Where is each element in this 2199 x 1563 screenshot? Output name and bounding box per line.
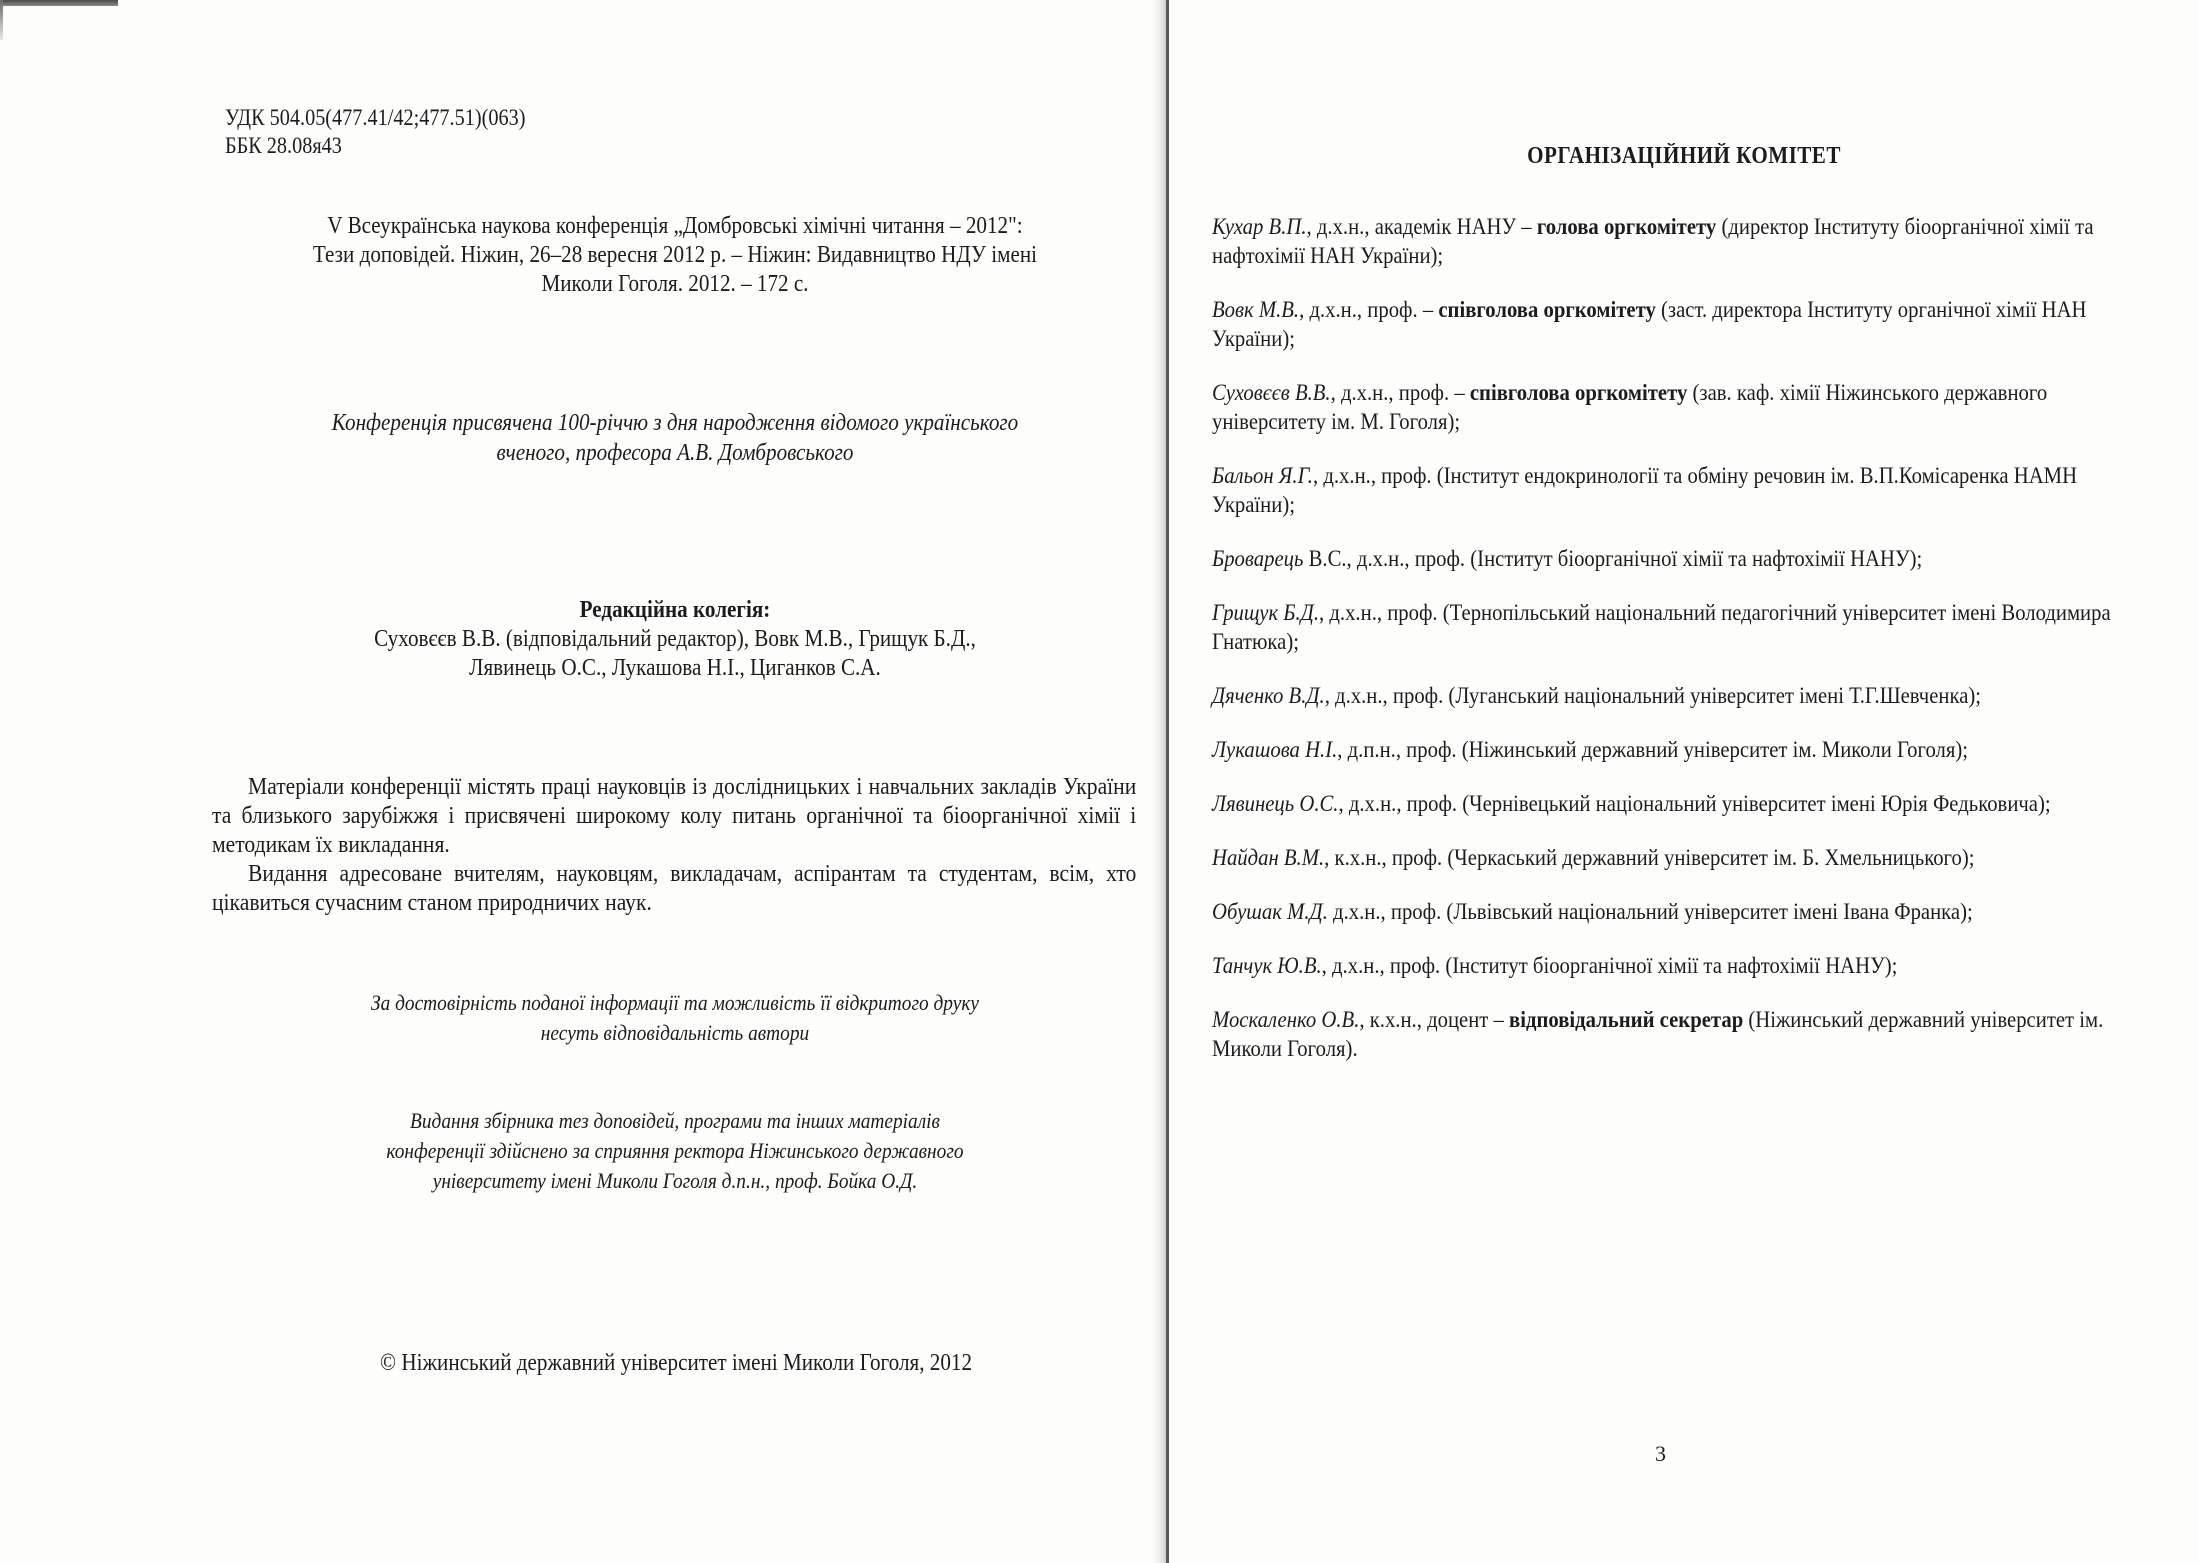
member-name: Дяченко В.Д. <box>1212 683 1325 708</box>
udk-code: УДК 504.05(477.41/42;477.51)(063) <box>225 104 525 132</box>
committee-title: ОРГАНІЗАЦІЙНИЙ КОМІТЕТ <box>1231 143 2137 170</box>
responsibility-line: несуть відповідальність автори <box>283 1018 1066 1048</box>
responsibility-note: За достовірність поданої інформації та м… <box>283 988 1066 1048</box>
sponsor-line: Видання збірника тез доповідей, програми… <box>283 1106 1066 1136</box>
classification-codes: УДК 504.05(477.41/42;477.51)(063) ББК 28… <box>225 104 525 160</box>
bbk-code: ББК 28.08я43 <box>225 132 525 160</box>
bibliographic-description: V Всеукраїнська наукова конференція „Дом… <box>266 212 1084 299</box>
member-name: Лукашова Н.І. <box>1212 737 1337 762</box>
editorial-board-line: Суховєєв В.В. (відповідальний редактор),… <box>266 625 1084 654</box>
sponsor-line: конференції здійснено за сприяння ректор… <box>283 1136 1066 1166</box>
book-gutter-shadow <box>1152 0 1166 1563</box>
biblio-line: V Всеукраїнська наукова конференція „Дом… <box>266 212 1084 241</box>
member-name: Лявинець О.С. <box>1212 791 1338 816</box>
copyright-notice: © Ніжинський державний університет імені… <box>380 1348 972 1378</box>
abstract: Матеріали конференції містять праці наук… <box>212 773 1136 918</box>
member-credentials: , к.х.н., проф. (Черкаський державний ун… <box>1324 845 1974 870</box>
member-credentials: , к.х.н., доцент – <box>1359 1007 1509 1032</box>
member-name: Кухар В.П. <box>1212 214 1307 239</box>
member-credentials: , д.х.н., проф. (Інститут ендокринології… <box>1212 463 2077 517</box>
member-credentials: , д.х.н., проф. (Тернопільський націонал… <box>1212 600 2111 654</box>
dedication: Конференція присвячена 100-річчю з дня н… <box>283 408 1066 468</box>
member-credentials: , д.п.н., проф. (Ніжинський державний ун… <box>1337 737 1968 762</box>
biblio-line: Миколи Гоголя. 2012. – 172 с. <box>266 270 1084 299</box>
member-credentials: , д.х.н., проф. (Інститут біоорганічної … <box>1322 953 1898 978</box>
member-credentials: , д.х.н., академік НАНУ – <box>1307 214 1537 239</box>
member-credentials: д.х.н., проф. (Львівський національний у… <box>1328 899 1973 924</box>
committee-member: Москаленко О.В., к.х.н., доцент – відпов… <box>1212 1005 2132 1063</box>
member-credentials: , д.х.н., проф. – <box>1331 380 1470 405</box>
member-role: голова оргкомітету <box>1537 214 1716 239</box>
committee-member: Танчук Ю.В., д.х.н., проф. (Інститут біо… <box>1212 951 2132 980</box>
member-name: Броварець <box>1212 546 1303 571</box>
committee-member: Найдан В.М., к.х.н., проф. (Черкаський д… <box>1212 843 2132 872</box>
committee-member: Кухар В.П., д.х.н., академік НАНУ – голо… <box>1212 212 2132 270</box>
member-role: відповідальний секретар <box>1509 1007 1743 1032</box>
sponsor-line: університету імені Миколи Гоголя д.п.н.,… <box>283 1166 1066 1196</box>
committee-member-list: Кухар В.П., д.х.н., академік НАНУ – голо… <box>1212 212 2132 1088</box>
member-credentials: , д.х.н., проф. (Чернівецький національн… <box>1338 791 2050 816</box>
committee-member: Обушак М.Д. д.х.н., проф. (Львівський на… <box>1212 897 2132 926</box>
committee-member: Грищук Б.Д., д.х.н., проф. (Тернопільськ… <box>1212 598 2132 656</box>
abstract-paragraph: Видання адресоване вчителям, науковцям, … <box>212 860 1136 918</box>
page-number: 3 <box>1655 1441 1666 1467</box>
member-credentials: В.С., д.х.н., проф. (Інститут біоорганіч… <box>1303 546 1922 571</box>
member-name: Вовк М.В. <box>1212 297 1299 322</box>
committee-member: Броварець В.С., д.х.н., проф. (Інститут … <box>1212 544 2132 573</box>
editorial-board-line: Лявинець О.С., Лукашова Н.І., Циганков С… <box>266 654 1084 683</box>
dedication-line: вченого, професора А.В. Домбровського <box>283 438 1066 468</box>
member-name: Грищук Б.Д. <box>1212 600 1319 625</box>
editorial-board-title: Редакційна колегія: <box>266 596 1084 625</box>
biblio-line: Тези доповідей. Ніжин, 26–28 вересня 201… <box>266 241 1084 270</box>
committee-member: Суховєєв В.В., д.х.н., проф. – співголов… <box>1212 378 2132 436</box>
committee-member: Дяченко В.Д., д.х.н., проф. (Луганський … <box>1212 681 2132 710</box>
member-name: Танчук Ю.В. <box>1212 953 1322 978</box>
member-name: Суховєєв В.В. <box>1212 380 1331 405</box>
committee-member: Вовк М.В., д.х.н., проф. – співголова ор… <box>1212 295 2132 353</box>
responsibility-line: За достовірність поданої інформації та м… <box>283 988 1066 1018</box>
committee-member: Лукашова Н.І., д.п.н., проф. (Ніжинський… <box>1212 735 2132 764</box>
member-role: співголова оргкомітету <box>1470 380 1687 405</box>
member-credentials: , д.х.н., проф. (Луганський національний… <box>1325 683 1981 708</box>
left-page: УДК 504.05(477.41/42;477.51)(063) ББК 28… <box>0 0 1166 1563</box>
sponsor-note: Видання збірника тез доповідей, програми… <box>283 1106 1066 1196</box>
member-name: Бальон Я.Г. <box>1212 463 1313 488</box>
dedication-line: Конференція присвячена 100-річчю з дня н… <box>283 408 1066 438</box>
abstract-paragraph: Матеріали конференції містять праці наук… <box>212 773 1136 860</box>
editorial-board: Редакційна колегія: Суховєєв В.В. (відпо… <box>266 596 1084 683</box>
member-name: Обушак М.Д. <box>1212 899 1328 924</box>
committee-member: Бальон Я.Г., д.х.н., проф. (Інститут енд… <box>1212 461 2132 519</box>
member-credentials: , д.х.н., проф. – <box>1299 297 1438 322</box>
committee-member: Лявинець О.С., д.х.н., проф. (Чернівецьк… <box>1212 789 2132 818</box>
member-role: співголова оргкомітету <box>1438 297 1655 322</box>
member-name: Москаленко О.В. <box>1212 1007 1359 1032</box>
member-name: Найдан В.М. <box>1212 845 1324 870</box>
